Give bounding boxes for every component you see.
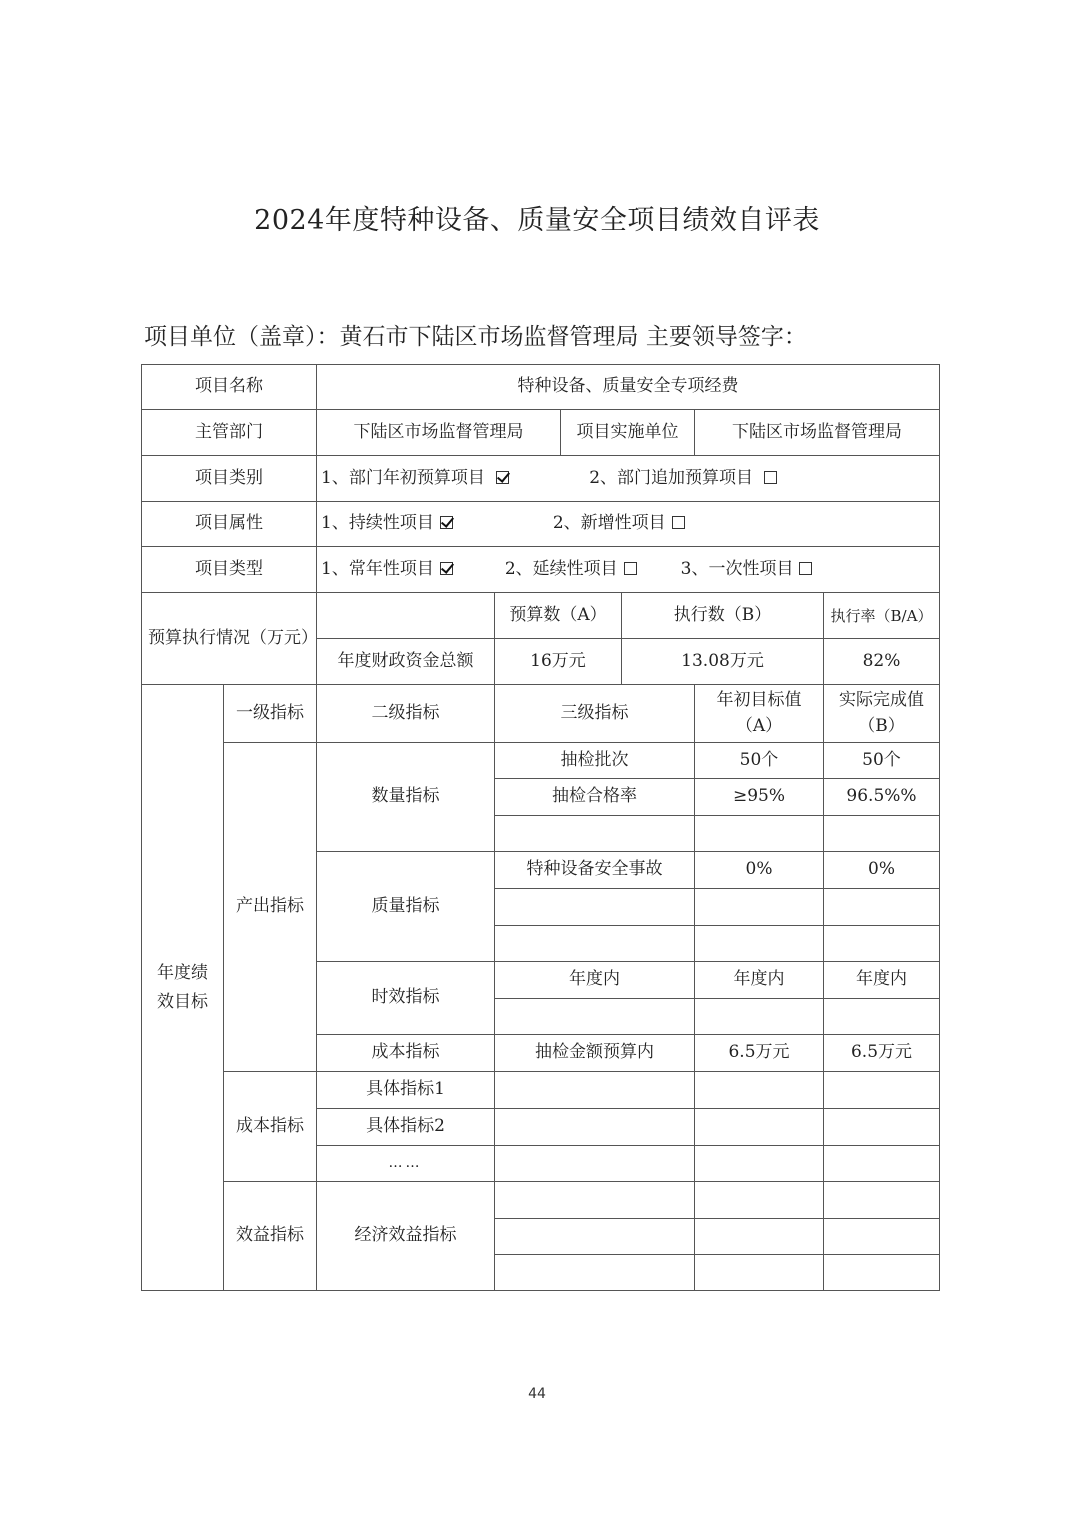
category-options: 1、部门年初预算项目 2、部门追加预算项目	[317, 456, 940, 502]
benefit-row-3-actual	[824, 1255, 940, 1291]
cost-item-2-actual	[824, 1109, 940, 1146]
header-actual: 实际完成值（B）	[824, 685, 940, 743]
impl-value: 下陆区市场监督管理局	[695, 410, 940, 456]
category-label: 项目类别	[142, 456, 317, 502]
unit-label: 项目单位（盖章）：	[144, 324, 340, 350]
quality-row-1-actual: 0%	[824, 852, 940, 889]
attribute-options: 1、持续性项目 2、新增性项目	[317, 502, 940, 547]
quantity-row-3-target	[695, 816, 824, 852]
timeliness-row-1-name: 年度内	[495, 962, 695, 999]
benefit-row-2-name	[495, 1219, 695, 1255]
unchecked-box-icon[interactable]	[799, 562, 812, 575]
attribute-label: 项目属性	[142, 502, 317, 547]
dept-value: 下陆区市场监督管理局	[317, 410, 561, 456]
quantity-indicator-label: 数量指标	[317, 743, 495, 852]
checked-box-icon[interactable]	[440, 562, 453, 575]
budget-header-blank	[317, 593, 495, 639]
quantity-row-1-actual: 50个	[824, 743, 940, 779]
dept-label: 主管部门	[142, 410, 317, 456]
page-title: 2024年度特种设备、质量安全项目绩效自评表	[0, 198, 1074, 237]
unchecked-box-icon[interactable]	[624, 562, 637, 575]
benefit-row-2-target	[695, 1219, 824, 1255]
cost-item-2-target	[695, 1109, 824, 1146]
benefit-row-1-actual	[824, 1182, 940, 1219]
type-option-2[interactable]: 2、延续性项目	[505, 556, 637, 583]
timeliness-row-2-target	[695, 999, 824, 1035]
type-option-3[interactable]: 3、一次性项目	[681, 556, 813, 583]
performance-section-label: 年度绩效目标	[142, 685, 224, 1291]
quantity-row-3-name	[495, 816, 695, 852]
cost-indicator-label: 成本指标	[224, 1072, 317, 1182]
type-label: 项目类型	[142, 547, 317, 593]
header-target: 年初目标值（A）	[695, 685, 824, 743]
cost-item-1-target	[695, 1072, 824, 1109]
quality-row-2-target	[695, 889, 824, 926]
budget-header-b: 执行数（B）	[622, 593, 824, 639]
cost-item-3-name	[495, 1146, 695, 1182]
cost-item-1-actual	[824, 1072, 940, 1109]
cost-item-3-actual	[824, 1146, 940, 1182]
attribute-option-1[interactable]: 1、持续性项目	[321, 510, 453, 537]
type-options: 1、常年性项目 2、延续性项目 3、一次性项目	[317, 547, 940, 593]
budget-header-a: 预算数（A）	[495, 593, 622, 639]
quantity-row-2-name: 抽检合格率	[495, 779, 695, 816]
checked-box-icon[interactable]	[496, 471, 509, 484]
project-name-label: 项目名称	[142, 365, 317, 410]
cost-item-ellipsis: ……	[317, 1146, 495, 1182]
budget-row-label: 年度财政资金总额	[317, 639, 495, 685]
timeliness-row-2-name	[495, 999, 695, 1035]
benefit-indicator-label: 效益指标	[224, 1182, 317, 1291]
output-cost-row-actual: 6.5万元	[824, 1035, 940, 1072]
output-cost-row-target: 6.5万元	[695, 1035, 824, 1072]
benefit-row-3-name	[495, 1255, 695, 1291]
category-option-2[interactable]: 2、部门追加预算项目	[589, 465, 777, 492]
timeliness-row-1-target: 年度内	[695, 962, 824, 999]
header-level-2: 二级指标	[317, 685, 495, 743]
quality-row-3-target	[695, 926, 824, 962]
quantity-row-3-actual	[824, 816, 940, 852]
unchecked-box-icon[interactable]	[672, 516, 685, 529]
quality-row-3-name	[495, 926, 695, 962]
budget-rate: 82%	[824, 639, 940, 685]
attribute-option-2[interactable]: 2、新增性项目	[553, 510, 685, 537]
cost-item-3-target	[695, 1146, 824, 1182]
economic-benefit-label: 经济效益指标	[317, 1182, 495, 1291]
checked-box-icon[interactable]	[440, 516, 453, 529]
header-level-3: 三级指标	[495, 685, 695, 743]
benefit-row-1-name	[495, 1182, 695, 1219]
unit-line: 项目单位（盖章）：黄石市下陆区市场监督管理局 主要领导签字：	[144, 318, 807, 351]
quality-indicator-label: 质量指标	[317, 852, 495, 962]
budget-value-b: 13.08万元	[622, 639, 824, 685]
output-indicator-label: 产出指标	[224, 743, 317, 1072]
unchecked-box-icon[interactable]	[764, 471, 777, 484]
budget-label: 预算执行情况（万元）	[142, 593, 317, 685]
timeliness-indicator-label: 时效指标	[317, 962, 495, 1035]
impl-label: 项目实施单位	[561, 410, 695, 456]
category-option-1[interactable]: 1、部门年初预算项目	[321, 465, 509, 492]
cost-item-2-name	[495, 1109, 695, 1146]
output-cost-indicator-label: 成本指标	[317, 1035, 495, 1072]
quantity-row-1-name: 抽检批次	[495, 743, 695, 779]
self-evaluation-table: 项目名称 特种设备、质量安全专项经费 主管部门 下陆区市场监督管理局 项目实施单…	[141, 364, 940, 1291]
quality-row-3-actual	[824, 926, 940, 962]
page-number: 44	[0, 1386, 1074, 1402]
quantity-row-2-target: ≥95%	[695, 779, 824, 816]
quality-row-1-target: 0%	[695, 852, 824, 889]
quantity-row-1-target: 50个	[695, 743, 824, 779]
unit-name: 黄石市下陆区市场监督管理局	[340, 324, 639, 350]
cost-item-1-name	[495, 1072, 695, 1109]
output-cost-row-name: 抽检金额预算内	[495, 1035, 695, 1072]
quality-row-2-actual	[824, 889, 940, 926]
benefit-row-3-target	[695, 1255, 824, 1291]
header-level-1: 一级指标	[224, 685, 317, 743]
benefit-row-1-target	[695, 1182, 824, 1219]
signature-label: 主要领导签字：	[646, 324, 807, 350]
type-option-1[interactable]: 1、常年性项目	[321, 556, 453, 583]
quality-row-1-name: 特种设备安全事故	[495, 852, 695, 889]
quality-row-2-name	[495, 889, 695, 926]
cost-item-1: 具体指标1	[317, 1072, 495, 1109]
project-name-value: 特种设备、质量安全专项经费	[317, 365, 940, 410]
budget-value-a: 16万元	[495, 639, 622, 685]
cost-item-2: 具体指标2	[317, 1109, 495, 1146]
timeliness-row-1-actual: 年度内	[824, 962, 940, 999]
budget-header-rate: 执行率（B/A）	[824, 593, 940, 639]
timeliness-row-2-actual	[824, 999, 940, 1035]
benefit-row-2-actual	[824, 1219, 940, 1255]
quantity-row-2-actual: 96.5%%	[824, 779, 940, 816]
